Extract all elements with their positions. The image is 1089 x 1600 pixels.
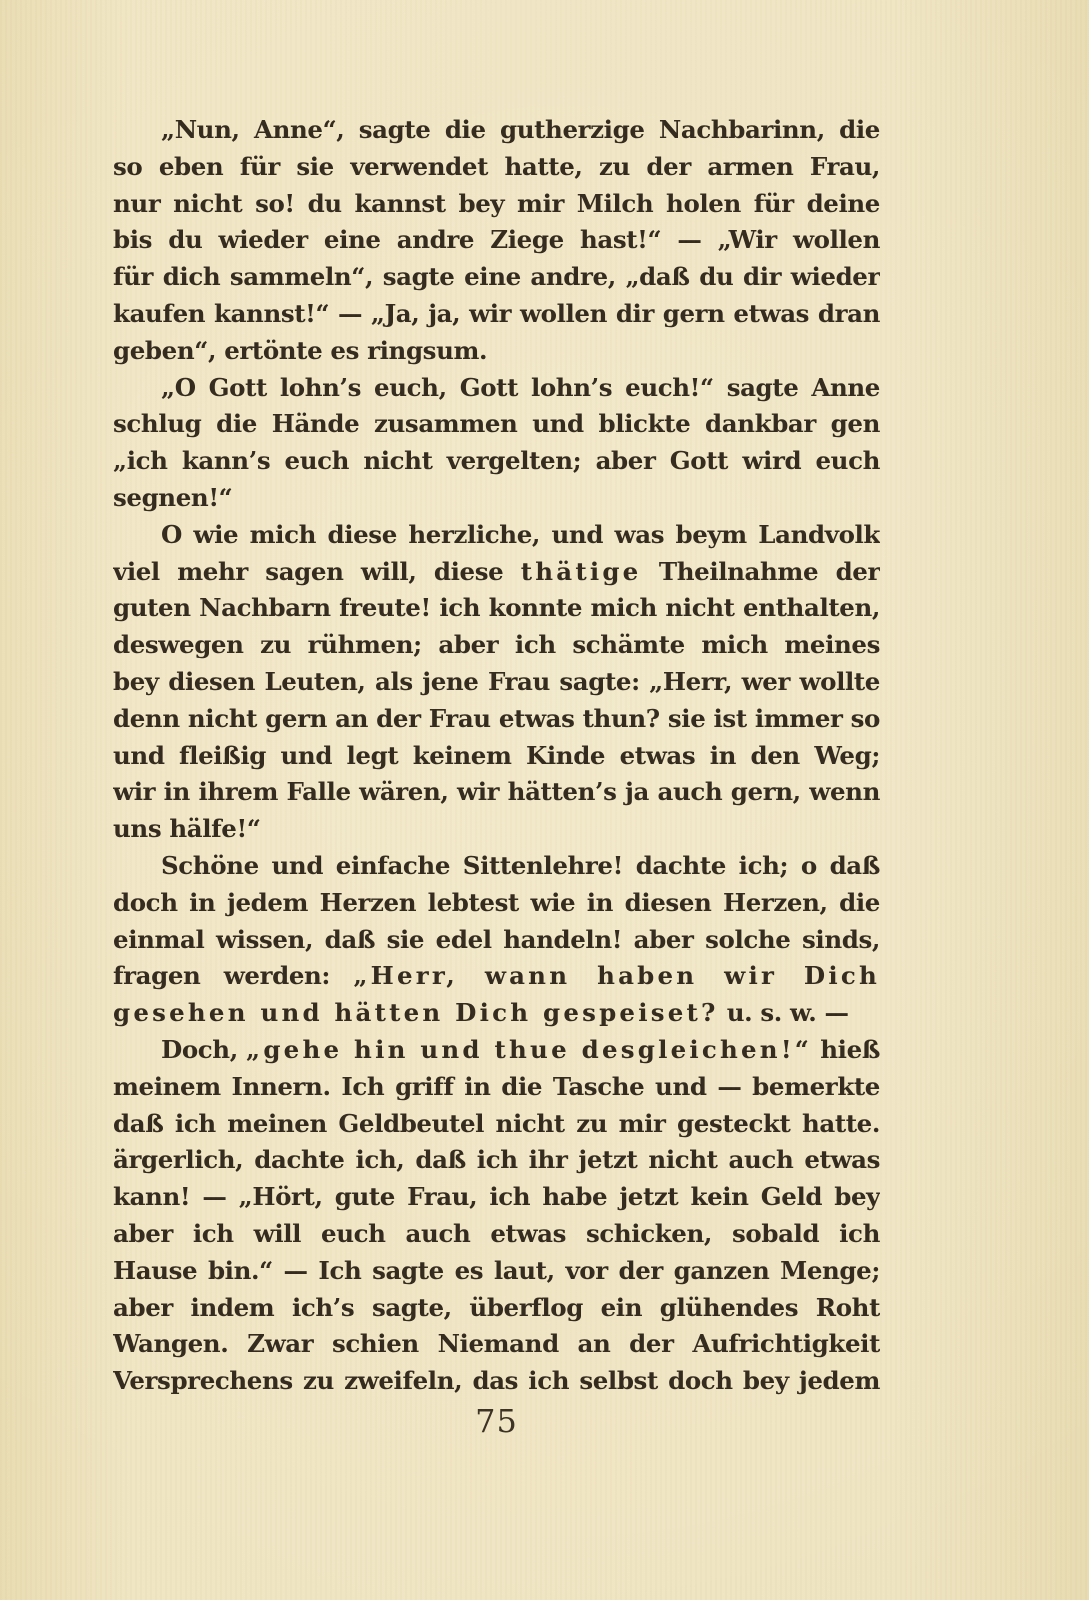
text-line: aber ich will euch auch etwas schicken, …: [113, 1216, 880, 1253]
text-line: geben“, ertönte es ringsum.: [113, 333, 880, 370]
text-line: „ich kann’s euch nicht vergelten; aber G…: [113, 443, 880, 480]
text-segment: u. s. w. —: [719, 998, 849, 1027]
text-segment: ärgerlich, dachte ich, daß ich ihr jetzt…: [113, 1145, 880, 1179]
text-segment: deswegen zu rühmen; aber ich schämte mic…: [113, 630, 880, 664]
book-page: „Nun, Anne“, sagte die gutherzige Nachba…: [0, 0, 1089, 1600]
text-line: schlug die Hände zusammen und blickte da…: [113, 406, 880, 443]
text-line: gesehen und hätten Dich gespeiset? u. s.…: [113, 995, 880, 1032]
text-segment: daß ich meinen Geldbeutel nicht zu mir g…: [113, 1109, 880, 1143]
text-line: daß ich meinen Geldbeutel nicht zu mir g…: [113, 1106, 880, 1143]
text-line: aber indem ich’s sagte, überflog ein glü…: [113, 1290, 880, 1327]
text-segment: einmal wissen, daß sie edel handeln! abe…: [113, 925, 880, 959]
paragraph: Doch, „gehe hin und thue desgleichen!“ h…: [113, 1032, 880, 1400]
text-segment: schlug die Hände zusammen und blickte da…: [113, 409, 880, 443]
page-number: 75: [113, 1402, 880, 1440]
letterspaced-emphasis: „gehe hin und thue desgleichen!“: [246, 1035, 812, 1064]
text-segment: aber indem ich’s sagte, überflog ein glü…: [113, 1293, 880, 1327]
text-line: deswegen zu rühmen; aber ich schämte mic…: [113, 627, 880, 664]
text-segment: „Nun, Anne“, sagte die gutherzige Nachba…: [113, 115, 880, 149]
text-line: ärgerlich, dachte ich, daß ich ihr jetzt…: [113, 1142, 880, 1179]
text-line: Schöne und einfache Sittenlehre! dachte …: [113, 848, 880, 885]
letterspaced-emphasis: thätige: [521, 557, 642, 586]
text-segment: O wie mich diese herzliche, und was beym…: [113, 520, 880, 554]
text-line: segnen!“: [113, 480, 880, 517]
text-segment: uns hälfe!“: [113, 814, 261, 843]
text-line: denn nicht gern an der Frau etwas thun? …: [113, 701, 880, 738]
text-line: viel mehr sagen will, diese thätige Thei…: [113, 554, 880, 591]
text-segment: bis du wieder eine andre Ziege hast!“ — …: [113, 225, 880, 259]
text-line: einmal wissen, daß sie edel handeln! abe…: [113, 922, 880, 959]
text-line: so eben für sie verwendet hatte, zu der …: [113, 149, 880, 186]
paragraph: Schöne und einfache Sittenlehre! dachte …: [113, 848, 880, 1032]
text-line: kann! — „Hört, gute Frau, ich habe jetzt…: [113, 1179, 880, 1216]
text-segment: fragen werden:: [113, 961, 353, 990]
text-segment: doch in jedem Herzen lebtest wie in dies…: [113, 888, 880, 922]
text-line: Versprechens zu zweifeln, das ich selbst…: [113, 1363, 880, 1400]
text-line: bis du wieder eine andre Ziege hast!“ — …: [113, 222, 880, 259]
text-segment: Schöne und einfache Sittenlehre! dachte …: [113, 851, 880, 885]
text-segment: geben“, ertönte es ringsum.: [113, 336, 487, 365]
text-line: nur nicht so! du kannst bey mir Milch ho…: [113, 186, 880, 223]
text-line: wir in ihrem Falle wären, wir hätten’s j…: [113, 774, 880, 811]
text-segment: „ich kann’s euch nicht vergelten; aber G…: [113, 446, 880, 480]
text-line: Hause bin.“ — Ich sagte es laut, vor der…: [113, 1253, 880, 1290]
text-segment: kaufen kannst!“ — „Ja, ja, wir wollen di…: [113, 299, 880, 328]
paragraph: „O Gott lohn’s euch, Gott lohn’s euch!“ …: [113, 370, 880, 517]
text-line: meinem Innern. Ich griff in die Tasche u…: [113, 1069, 880, 1106]
text-segment: und fleißig und legt keinem Kinde etwas …: [113, 741, 880, 775]
text-line: kaufen kannst!“ — „Ja, ja, wir wollen di…: [113, 296, 880, 333]
text-line: O wie mich diese herzliche, und was beym…: [113, 517, 880, 554]
text-segment: guten Nachbarn freute! ich konnte mich n…: [113, 593, 880, 627]
text-segment: so eben für sie verwendet hatte, zu der …: [113, 152, 880, 186]
text-line: „O Gott lohn’s euch, Gott lohn’s euch!“ …: [113, 370, 880, 407]
letterspaced-emphasis: gesehen und hätten Dich gespeiset?: [113, 998, 719, 1027]
text-segment: Hause bin.“ — Ich sagte es laut, vor der…: [113, 1256, 880, 1285]
text-line: doch in jedem Herzen lebtest wie in dies…: [113, 885, 880, 922]
text-line: guten Nachbarn freute! ich konnte mich n…: [113, 590, 880, 627]
text-segment: kann! — „Hört, gute Frau, ich habe jetzt…: [113, 1182, 880, 1216]
text-segment: viel mehr sagen will, diese: [113, 557, 521, 586]
text-segment: bey diesen Leuten, als jene Frau sagte: …: [113, 667, 880, 696]
paragraph: „Nun, Anne“, sagte die gutherzige Nachba…: [113, 112, 880, 370]
text-line: Doch, „gehe hin und thue desgleichen!“ h…: [113, 1032, 880, 1069]
text-line: „Nun, Anne“, sagte die gutherzige Nachba…: [113, 112, 880, 149]
text-segment: wir in ihrem Falle wären, wir hätten’s j…: [113, 777, 880, 811]
text-segment: Versprechens zu zweifeln, das ich selbst…: [113, 1366, 880, 1400]
text-line: Wangen. Zwar schien Niemand an der Aufri…: [113, 1326, 880, 1363]
text-segment: Wangen. Zwar schien Niemand an der Aufri…: [113, 1329, 880, 1363]
text-segment: meinem Innern. Ich griff in die Tasche u…: [113, 1072, 880, 1106]
text-line: bey diesen Leuten, als jene Frau sagte: …: [113, 664, 880, 701]
text-segment: nur nicht so! du kannst bey mir Milch ho…: [113, 189, 880, 223]
text-line: fragen werden: „Herr, wann haben wir Dic…: [113, 958, 880, 995]
text-line: und fleißig und legt keinem Kinde etwas …: [113, 738, 880, 775]
text-segment: „O Gott lohn’s euch, Gott lohn’s euch!“ …: [113, 373, 880, 407]
text-segment: für dich sammeln“, sagte eine andre, „da…: [113, 262, 880, 296]
paragraph: O wie mich diese herzliche, und was beym…: [113, 517, 880, 848]
text-segment: denn nicht gern an der Frau etwas thun? …: [113, 704, 880, 738]
text-line: uns hälfe!“: [113, 811, 880, 848]
text-line: für dich sammeln“, sagte eine andre, „da…: [113, 259, 880, 296]
text-segment: aber ich will euch auch etwas schicken, …: [113, 1219, 880, 1253]
text-segment: segnen!“: [113, 483, 232, 512]
text-segment: Doch,: [161, 1035, 246, 1064]
text-block: „Nun, Anne“, sagte die gutherzige Nachba…: [113, 112, 880, 1400]
